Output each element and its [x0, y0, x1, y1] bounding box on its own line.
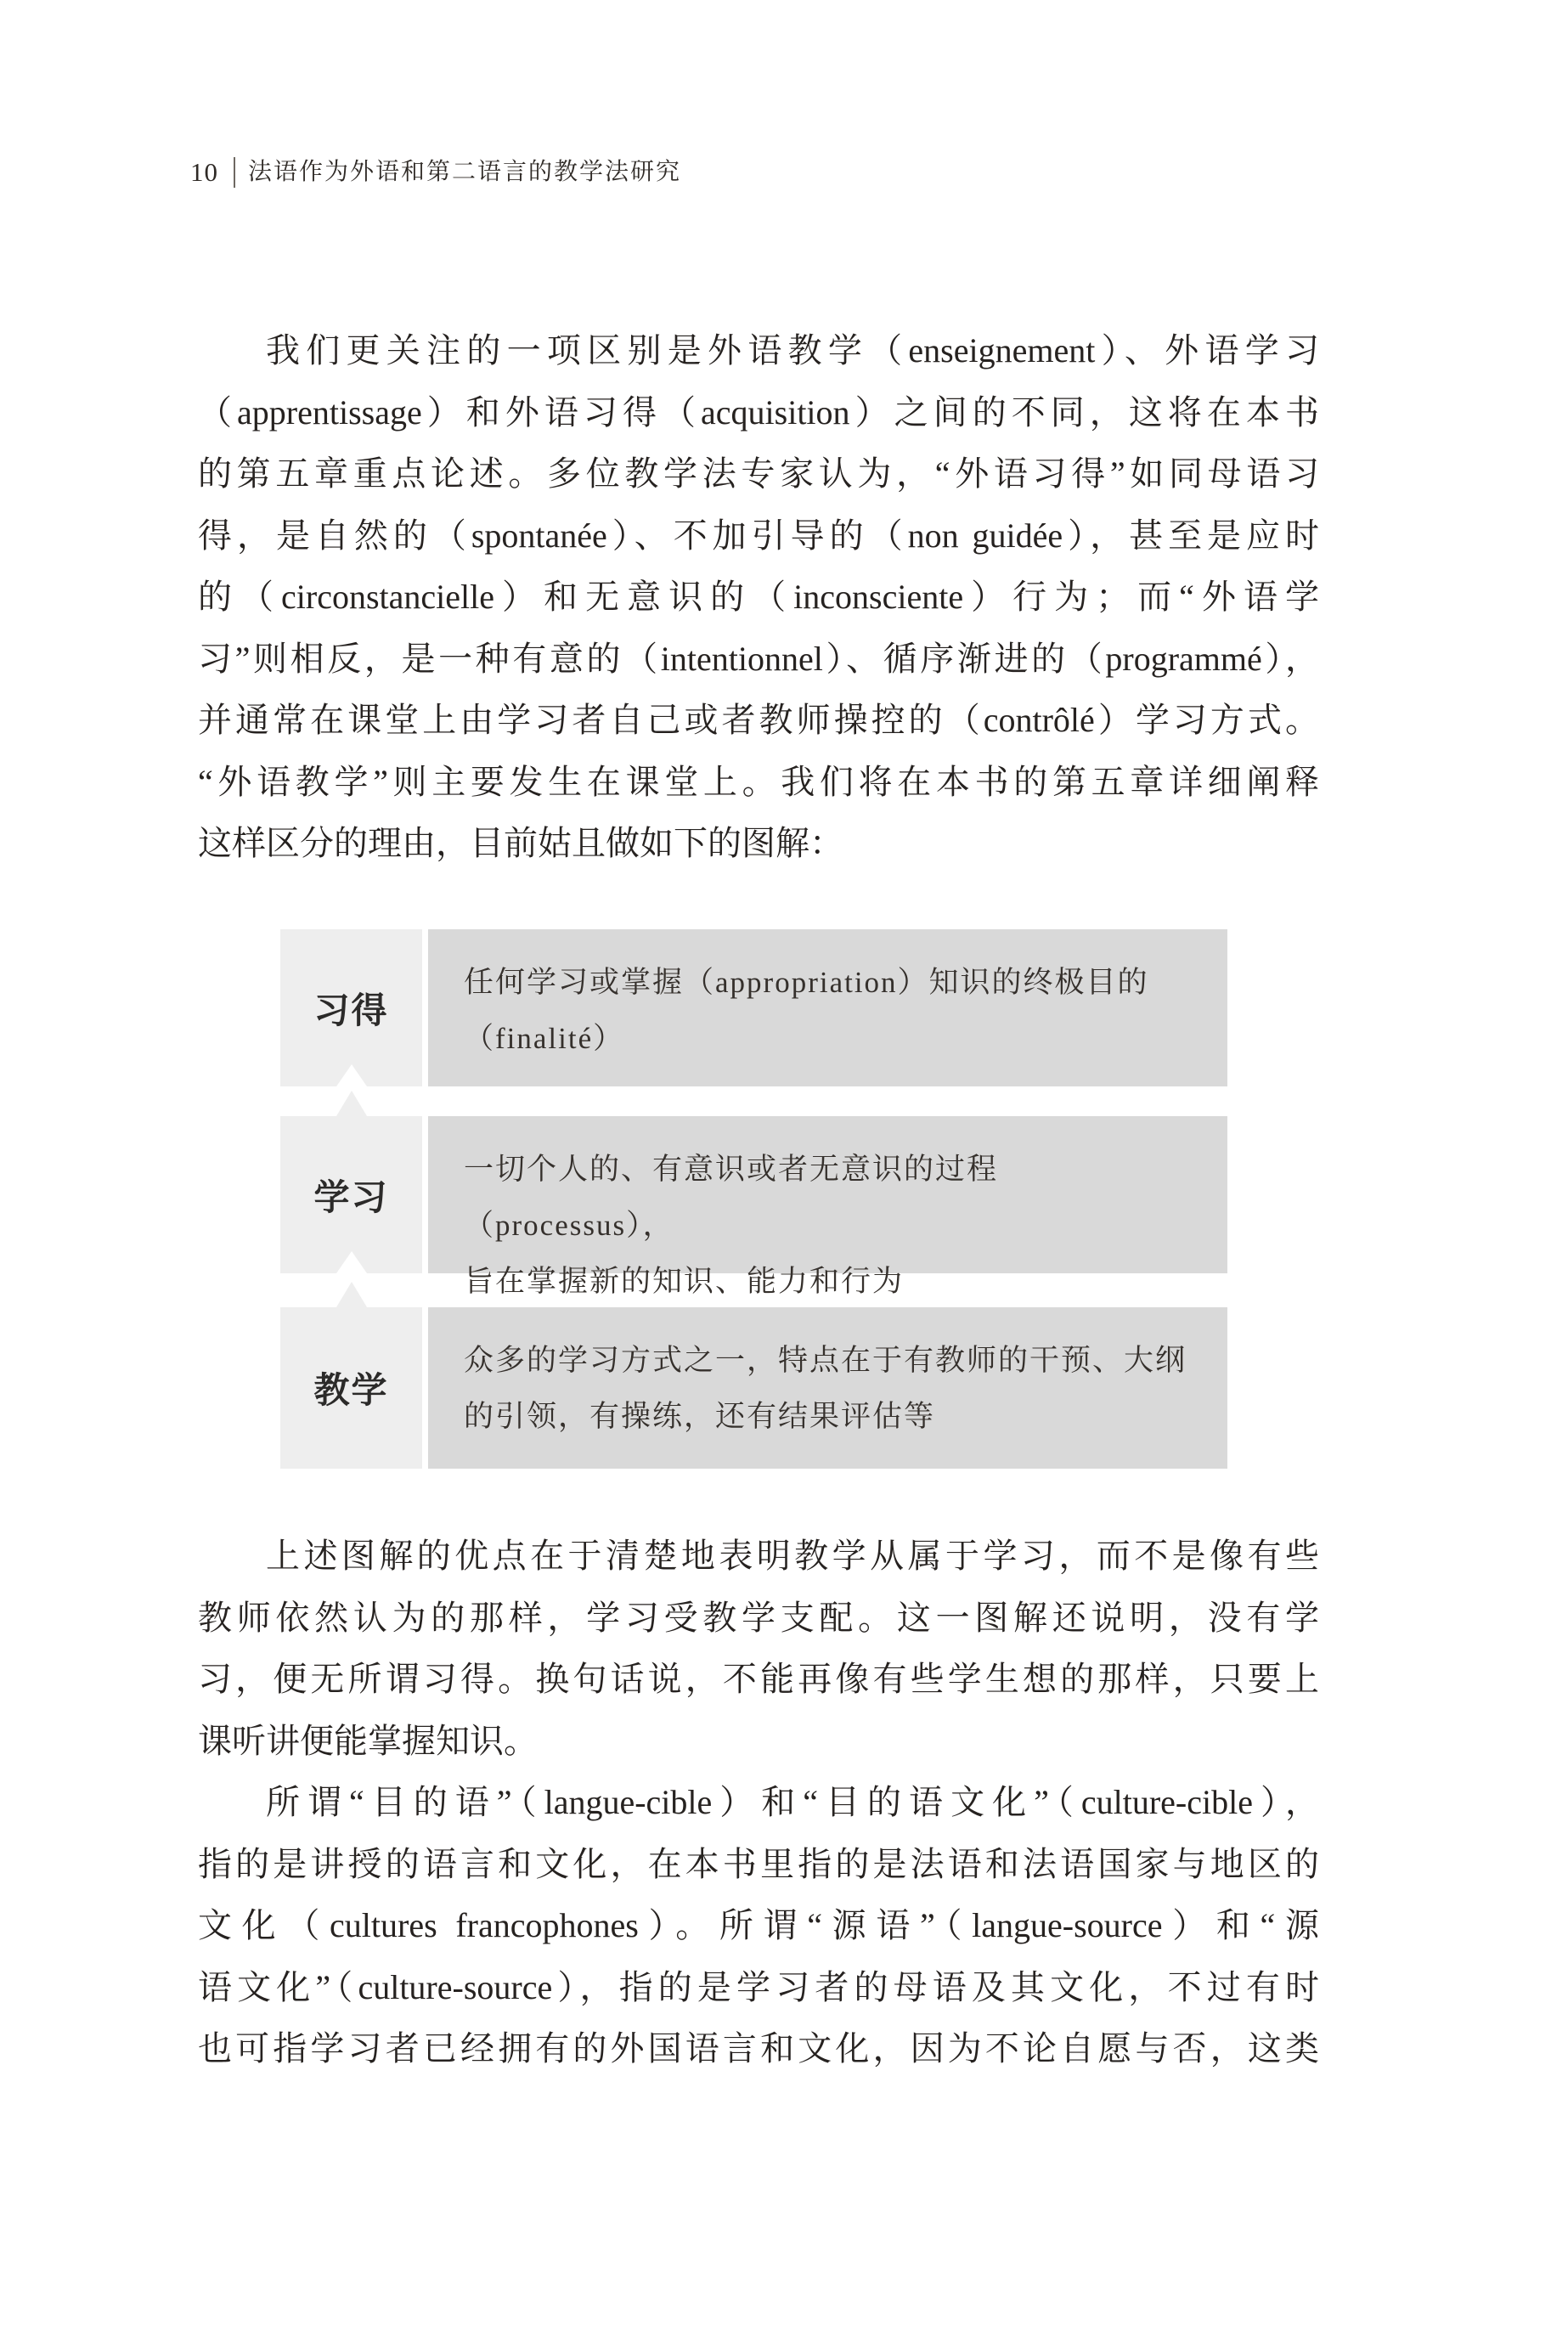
text-line: 指的是讲授的语言和文化，在本书里指的是法语和法语国家与地区的	[198, 1834, 1319, 1896]
up-arrow-notch-icon	[336, 1064, 367, 1086]
text-line: 课听讲便能掌握知识。	[198, 1711, 1319, 1773]
diagram-row-acquisition: 习得 任何学习或掌握（appropriation）知识的终极目的 （finali…	[280, 929, 1227, 1086]
diagram-row-learning: 学习 一切个人的、有意识或者无意识的过程（processus）， 旨在掌握新的知…	[280, 1116, 1227, 1273]
page-number: 10	[190, 155, 218, 189]
text-line: 语文化”（culture-source），指的是学习者的母语及其文化，不过有时	[198, 1957, 1319, 2019]
text-line: 并通常在课堂上由学习者自己或者教师操控的（contrôlé）学习方式。	[198, 690, 1319, 752]
diagram-description-teaching: 众多的学习方式之一，特点在于有教师的干预、大纲 的引领，有操练，还有结果评估等	[428, 1307, 1227, 1469]
diagram-label-learning: 学习	[280, 1116, 422, 1273]
text-line: 教师依然认为的那样，学习受教学支配。这一图解还说明，没有学	[198, 1588, 1319, 1650]
diagram-desc-line: （finalité）	[464, 1011, 1198, 1067]
diagram-desc-line: 众多的学习方式之一，特点在于有教师的干预、大纲	[464, 1333, 1198, 1389]
text-line: 习，便无所谓习得。换句话说，不能再像有些学生想的那样，只要上	[198, 1649, 1319, 1711]
text-line: “外语教学”则主要发生在课堂上。我们将在本书的第五章详细阐释	[198, 752, 1319, 814]
diagram-desc-line: 的引领，有操练，还有结果评估等	[464, 1389, 1198, 1445]
up-arrow-notch-icon	[336, 1251, 367, 1273]
text-line: 习”则相反，是一种有意的（intentionnel）、循序渐进的（program…	[198, 629, 1319, 691]
acquisition-diagram: 习得 任何学习或掌握（appropriation）知识的终极目的 （finali…	[280, 929, 1227, 1469]
diagram-label-text: 教学	[313, 1362, 388, 1413]
diagram-description-acquisition: 任何学习或掌握（appropriation）知识的终极目的 （finalité）	[428, 929, 1227, 1086]
paragraphs-2-3: 上述图解的优点在于清楚地表明教学从属于学习，而不是像有些 教师依然认为的那样，学…	[198, 1526, 1319, 2080]
up-arrow-icon	[336, 1091, 367, 1116]
diagram-label-text: 学习	[313, 1170, 388, 1221]
header-title: 法语作为外语和第二语言的教学法研究	[248, 155, 681, 189]
paragraph-1: 我们更关注的一项区别是外语教学（enseignement）、外语学习 （appr…	[198, 320, 1319, 875]
diagram-label-text: 习得	[313, 983, 388, 1034]
text-line: 得，是自然的（spontanée）、不加引导的（non guidée），甚至是应…	[198, 505, 1319, 567]
text-line: 这样区分的理由，目前姑且做如下的图解：	[198, 813, 1319, 875]
diagram-desc-line: 任何学习或掌握（appropriation）知识的终极目的	[464, 955, 1198, 1011]
text-line: 上述图解的优点在于清楚地表明教学从属于学习，而不是像有些	[198, 1526, 1319, 1588]
header-divider	[234, 157, 235, 188]
text-line: （apprentissage）和外语习得（acquisition）之间的不同，这…	[198, 382, 1319, 444]
diagram-label-teaching: 教学	[280, 1307, 422, 1469]
text-line: 的第五章重点论述。多位教学法专家认为，“外语习得”如同母语习	[198, 443, 1319, 505]
page-header: 10 法语作为外语和第二语言的教学法研究	[190, 155, 681, 189]
text-line: 的（circonstancielle）和无意识的（inconsciente）行为…	[198, 567, 1319, 629]
diagram-row-teaching: 教学 众多的学习方式之一，特点在于有教师的干预、大纲 的引领，有操练，还有结果评…	[280, 1307, 1227, 1469]
diagram-desc-line: 一切个人的、有意识或者无意识的过程（processus），	[464, 1142, 1198, 1254]
up-arrow-icon	[336, 1282, 367, 1307]
text-line: 所谓“目的语”（langue-cible）和“目的语文化”（culture-ci…	[198, 1772, 1319, 1834]
diagram-description-learning: 一切个人的、有意识或者无意识的过程（processus）， 旨在掌握新的知识、能…	[428, 1116, 1227, 1273]
diagram-label-acquisition: 习得	[280, 929, 422, 1086]
text-line: 也可指学习者已经拥有的外国语言和文化，因为不论自愿与否，这类	[198, 2018, 1319, 2080]
text-line: 我们更关注的一项区别是外语教学（enseignement）、外语学习	[198, 320, 1319, 382]
diagram-desc-line: 旨在掌握新的知识、能力和行为	[464, 1254, 1198, 1310]
text-line: 文化（cultures francophones）。所谓“源语”（langue-…	[198, 1895, 1319, 1957]
book-page: 10 法语作为外语和第二语言的教学法研究 我们更关注的一项区别是外语教学（ens…	[0, 0, 1568, 2330]
